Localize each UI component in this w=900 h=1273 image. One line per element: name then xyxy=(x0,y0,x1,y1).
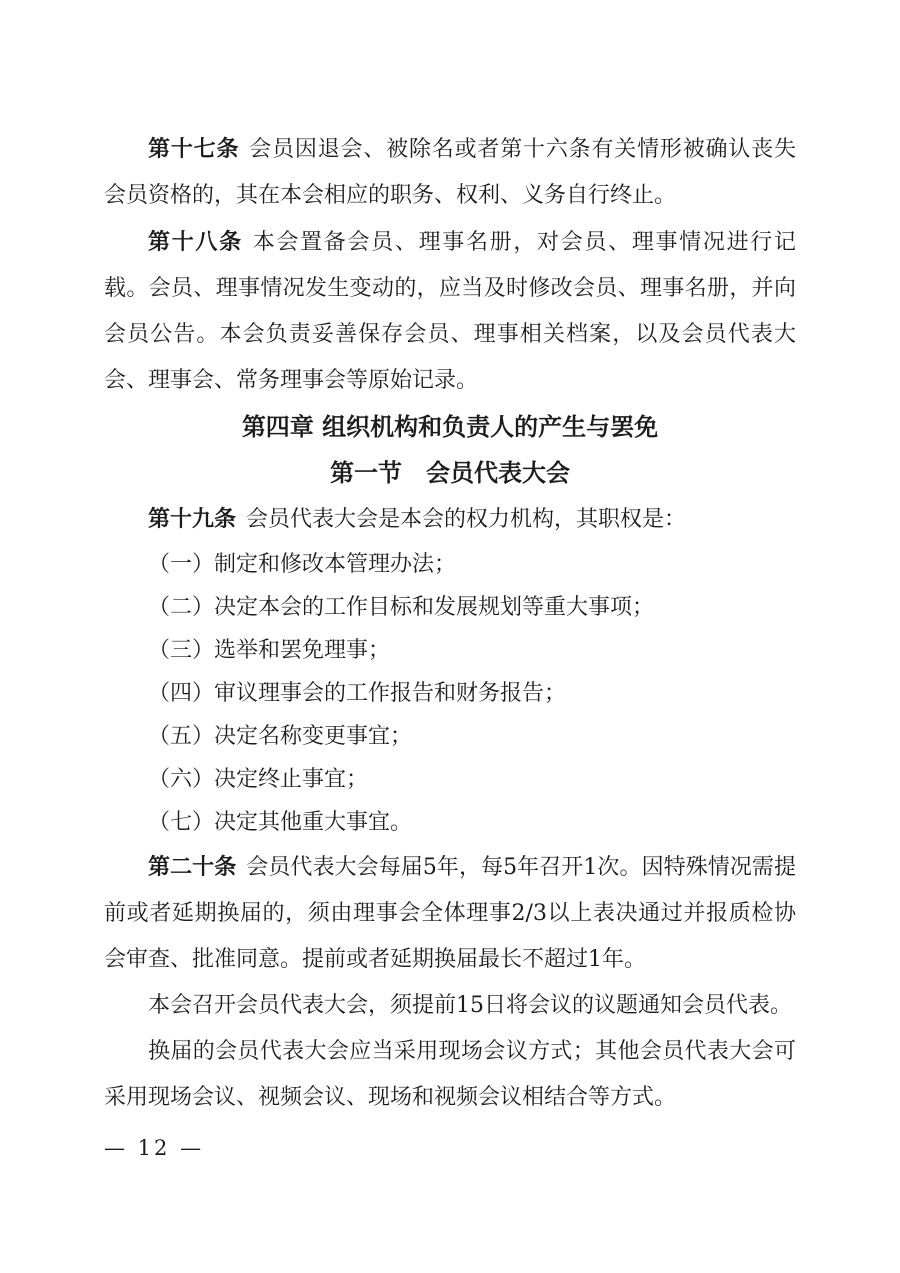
paragraph-article-20-3: 换届的会员代表大会应当采用现场会议方式；其他会员代表大会可采用现场会议、视频会议… xyxy=(104,1029,796,1121)
list-item-5: （五）决定名称变更事宜； xyxy=(104,715,796,758)
article-18-label: 第十八条 xyxy=(148,229,243,255)
page-number: — 12 — xyxy=(104,1136,204,1160)
list-item-7: （七）决定其他重大事宜。 xyxy=(104,801,796,844)
list-item-4: （四）审议理事会的工作报告和财务报告； xyxy=(104,672,796,715)
list-item-1: （一）制定和修改本管理办法； xyxy=(104,543,796,586)
list-item-6: （六）决定终止事宜； xyxy=(104,758,796,801)
paragraph-article-20: 第二十条会员代表大会每届5年，每5年召开1次。因特殊情况需提前或者延期换届的，须… xyxy=(104,844,796,983)
document-body: 第十七条会员因退会、被除名或者第十六条有关情形被确认丧失会员资格的，其在本会相应… xyxy=(0,0,900,1121)
chapter-heading: 第四章 组织机构和负责人的产生与罢免 xyxy=(104,404,796,450)
section-heading: 第一节 会员代表大会 xyxy=(104,450,796,496)
paragraph-article-20-2: 本会召开会员代表大会，须提前15日将会议的议题通知会员代表。 xyxy=(104,983,796,1029)
article-19-text: 会员代表大会是本会的权力机构，其职权是： xyxy=(246,507,686,532)
list-item-3: （三）选举和罢免理事； xyxy=(104,629,796,672)
list-item-2: （二）决定本会的工作目标和发展规划等重大事项； xyxy=(104,586,796,629)
article-19-label: 第十九条 xyxy=(148,506,236,532)
paragraph-article-17: 第十七条会员因退会、被除名或者第十六条有关情形被确认丧失会员资格的，其在本会相应… xyxy=(104,126,796,219)
paragraph-article-19: 第十九条会员代表大会是本会的权力机构，其职权是： xyxy=(104,496,796,543)
article-17-label: 第十七条 xyxy=(148,136,239,162)
document-page: 第十七条会员因退会、被除名或者第十六条有关情形被确认丧失会员资格的，其在本会相应… xyxy=(0,0,900,1273)
paragraph-article-18: 第十八条本会置备会员、理事名册，对会员、理事情况进行记载。会员、理事情况发生变动… xyxy=(104,219,796,404)
article-20-label: 第二十条 xyxy=(148,854,236,880)
